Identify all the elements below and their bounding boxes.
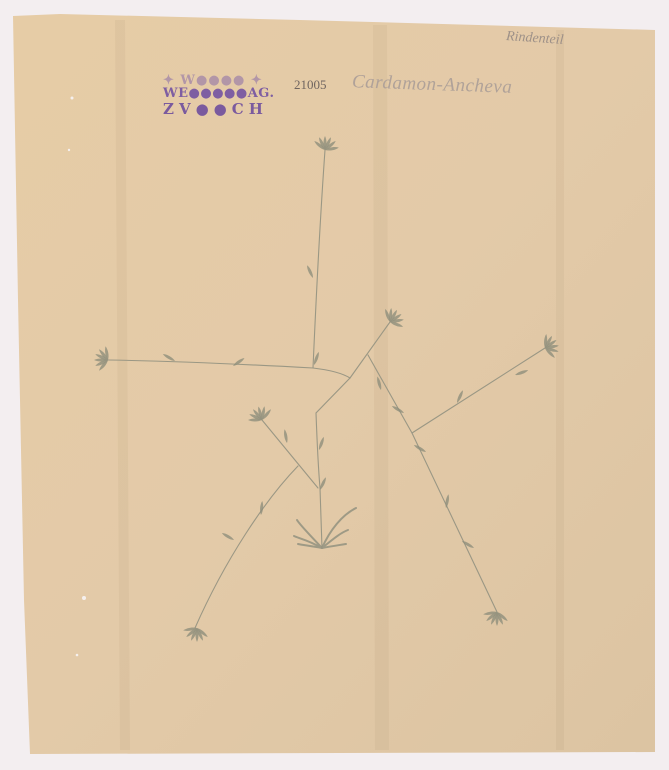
stamp-number: 21005 xyxy=(294,77,327,93)
stamp-line-3: ZV●●CH xyxy=(163,100,268,118)
stamp-line-2: WE●●●●●AG. xyxy=(163,86,274,101)
scanned-sheet xyxy=(0,0,669,770)
